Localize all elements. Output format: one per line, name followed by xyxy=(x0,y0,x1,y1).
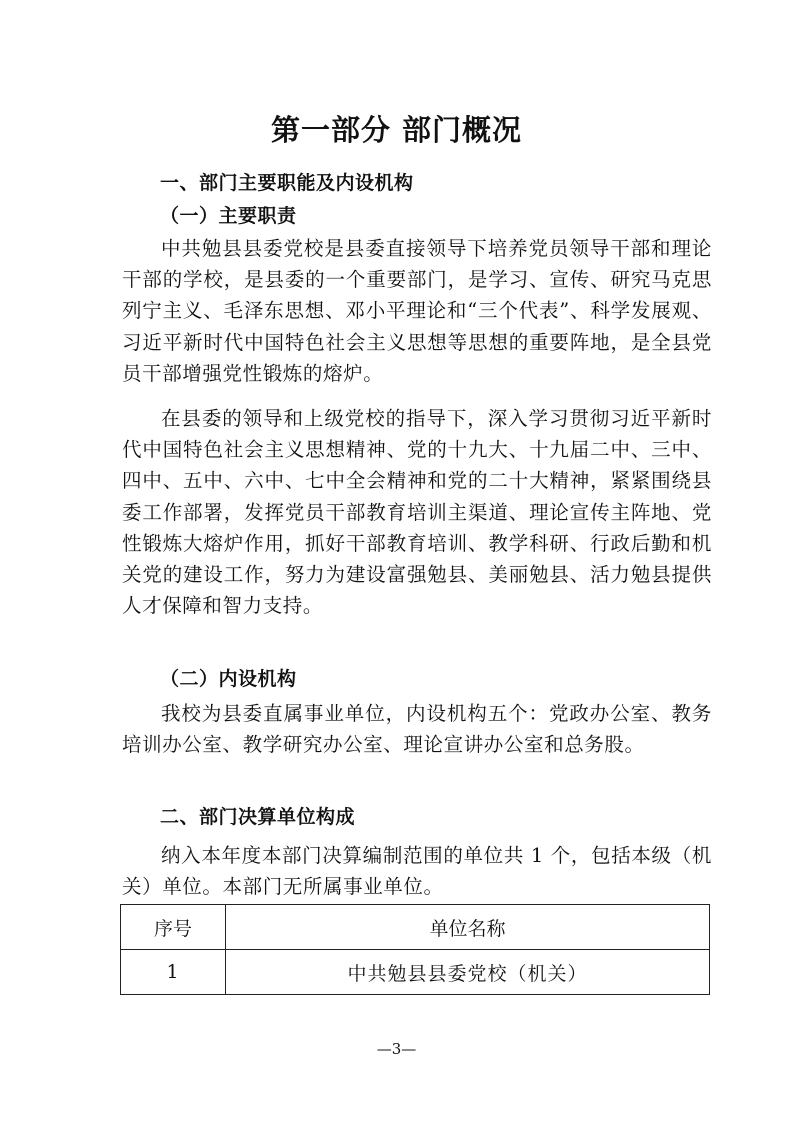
cell-serial-number: 1 xyxy=(121,950,226,995)
paragraph-units: 纳入本年度本部门决算编制范围的单位共 1 个，包括本级（机关）单位。本部门无所属… xyxy=(122,840,712,902)
paragraph-duties-2: 在县委的领导和上级党校的指导下，深入学习贯彻习近平新时代中国特色社会主义思想精神… xyxy=(122,403,712,621)
document-page: 第一部分 部门概况 一、部门主要职能及内设机构 （一）主要职责 中共勉县县委党校… xyxy=(0,0,793,1122)
subsection-heading-structure: （二）内设机构 xyxy=(160,664,297,691)
section-heading-2: 二、部门决算单位构成 xyxy=(160,802,355,829)
section-heading-1: 一、部门主要职能及内设机构 xyxy=(160,168,414,195)
units-table: 序号 单位名称 1 中共勉县县委党校（机关） xyxy=(120,904,710,995)
table-header-row: 序号 单位名称 xyxy=(121,905,710,950)
header-serial-number: 序号 xyxy=(121,905,226,950)
header-unit-name: 单位名称 xyxy=(226,905,710,950)
paragraph-duties-1: 中共勉县县委党校是县委直接领导下培养党员领导干部和理论干部的学校，是县委的一个重… xyxy=(122,233,712,389)
page-number: —3— xyxy=(0,1040,793,1058)
paragraph-structure: 我校为县委直属事业单位，内设机构五个：党政办公室、教务培训办公室、教学研究办公室… xyxy=(122,698,712,760)
page-title: 第一部分 部门概况 xyxy=(0,108,793,149)
subsection-heading-duties: （一）主要职责 xyxy=(160,201,297,228)
table-row: 1 中共勉县县委党校（机关） xyxy=(121,950,710,995)
cell-unit-name: 中共勉县县委党校（机关） xyxy=(226,950,710,995)
